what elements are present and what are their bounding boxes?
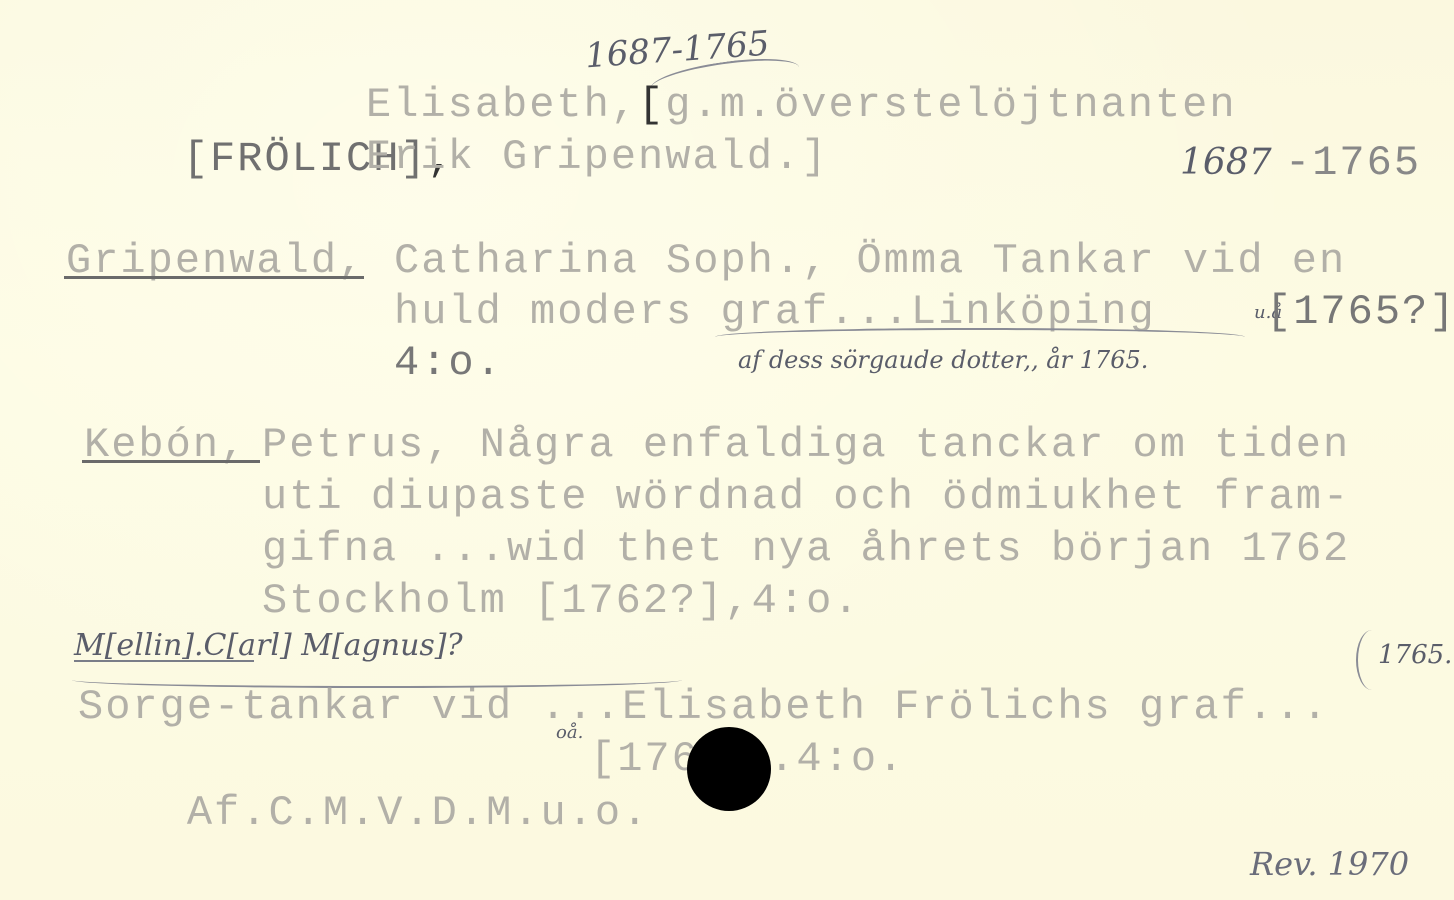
- handwritten-date: 1765.: [1378, 640, 1452, 670]
- imprint-note: oå.: [556, 722, 583, 743]
- entry-4-date: [176: [590, 732, 699, 786]
- entry-2-format: 4:o.: [394, 336, 503, 390]
- revision-note: Rev. 1970: [1250, 845, 1409, 883]
- handwritten-attribution: M[ellin].C[arl] M[agnus]?: [74, 628, 463, 663]
- punch-hole: [687, 727, 771, 811]
- entry-4-line1: Sorge-tankar vid ...Elisabeth Frölichs g…: [78, 680, 1329, 734]
- heading-underline: [82, 460, 260, 463]
- entry-2-heading: Gripenwald,: [66, 234, 365, 288]
- handwritten-paren: [1356, 630, 1388, 690]
- heading-underline: [64, 276, 364, 279]
- handwritten-birth-year: 1687: [1180, 142, 1272, 183]
- entry-2-line1: Catharina Soph., Ömma Tankar vid en: [394, 234, 1346, 288]
- entry-3-line4: Stockholm [1762?],4:o.: [262, 574, 861, 628]
- entry-1-line1: Elisabeth,[g.m.överstelöjtnanten: [366, 78, 1237, 132]
- entry-1-death-year: -1765: [1285, 136, 1421, 190]
- entry-3-line1: Petrus, Några enfaldiga tanckar om tiden: [262, 418, 1350, 472]
- handwritten-brace: [715, 328, 1245, 346]
- entry-2-date: [1765?]: [1266, 285, 1454, 339]
- entry-3-line3: gifna ...wid thet nya åhrets början 1762: [262, 522, 1350, 576]
- entry-4-line2: Af.C.M.V.D.M.u.o.: [78, 732, 649, 894]
- entry-3-heading: Kebón,: [84, 418, 247, 472]
- handwritten-note: af dess sörgaude dotter,, år 1765.: [738, 346, 1148, 374]
- entry-1-line2: Erik Gripenwald.]: [366, 130, 828, 184]
- catalog-card: 1687-1765 [FRÖLICH], Elisabeth,[g.m.över…: [0, 0, 1454, 900]
- entry-3-line2: uti diupaste wördnad och ödmiukhet fram-: [262, 470, 1350, 524]
- attribution-underline: [74, 660, 254, 662]
